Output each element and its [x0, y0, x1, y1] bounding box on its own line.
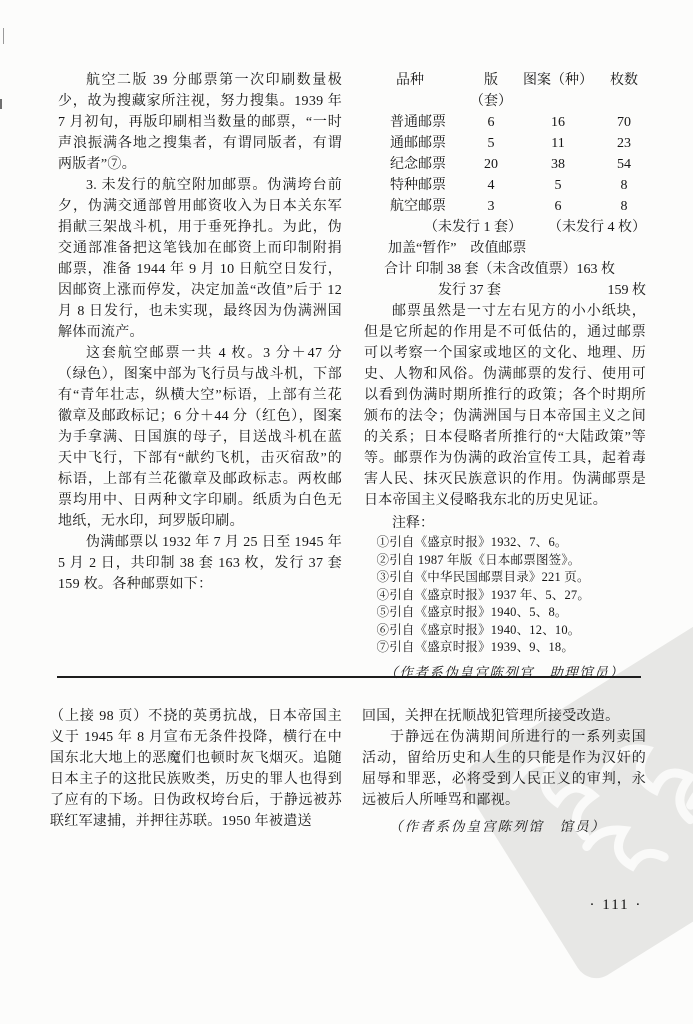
footnote-7: ⑦引自《盛京时报》1939、9、18。 — [364, 639, 646, 657]
unissued-pieces-note: （未发行 4 枚） — [548, 217, 646, 238]
table-row: 航空邮票 3 6 8 — [364, 196, 646, 217]
cell-sets: 5 — [468, 133, 514, 154]
table-total-printed-row: 合计 印制 38 套（未含改值票）163 枚 — [364, 259, 646, 280]
cell-pieces: 23 — [602, 133, 646, 154]
page-number: · 111 · — [560, 897, 672, 914]
stamp-statistics-table: 品种 版（套） 图案（种） 枚数 普通邮票 6 16 70 通邮邮票 5 11 … — [364, 70, 646, 301]
footnote-2: ②引自 1987 年版《日本邮票图签》。 — [364, 552, 646, 570]
table-overprint-row: 加盖“暂作” 改值邮票 — [364, 238, 646, 259]
cell-kind: 纪念邮票 — [364, 154, 468, 175]
footnote-4: ④引自《盛京时报》1937 年、5、27。 — [364, 587, 646, 605]
table-header-row: 品种 版（套） 图案（种） 枚数 — [364, 70, 646, 112]
top-right-column: 品种 版（套） 图案（种） 枚数 普通邮票 6 16 70 通邮邮票 5 11 … — [364, 70, 646, 683]
bottom-left-column: （上接 98 页）不挠的英勇抗战，日本帝国主义于 1945 年 8 月宣布无条件… — [50, 706, 342, 832]
notes-title: 注释： — [364, 513, 646, 534]
paragraph-continued-from-page-98: （上接 98 页）不挠的英勇抗战，日本帝国主义于 1945 年 8 月宣布无条件… — [50, 706, 342, 832]
footnote-6: ⑥引自《盛京时报》1940、12、10。 — [364, 622, 646, 640]
cell-kind: 通邮邮票 — [364, 133, 468, 154]
paragraph-airmail-set-description: 这套航空邮票一共 4 枚。3 分＋47 分（绿色），图案中部为飞行员与战斗机，下… — [58, 343, 342, 532]
cell-designs: 11 — [514, 133, 602, 154]
cell-sets: 6 — [468, 112, 514, 133]
paragraph-historical-verdict: 于静远在伪满期间所进行的一系列卖国活动，留给历史和人生的只能是作为汉奸的屈辱和罪… — [362, 727, 646, 811]
footnote-3: ③引自《中华民国邮票目录》221 页。 — [364, 569, 646, 587]
table-row: 特种邮票 4 5 8 — [364, 175, 646, 196]
cell-designs: 16 — [514, 112, 602, 133]
second-article-author-line: （作者系伪皇宫陈列馆 馆员） — [362, 817, 646, 837]
total-issued-label: 发行 37 套 — [438, 280, 501, 301]
total-issued-value: 159 枚 — [608, 280, 647, 301]
header-sets: 版（套） — [468, 70, 514, 112]
cell-kind: 航空邮票 — [364, 196, 468, 217]
footnote-5: ⑤引自《盛京时报》1940、5、8。 — [364, 604, 646, 622]
cell-pieces: 8 — [602, 196, 646, 217]
table-row: 通邮邮票 5 11 23 — [364, 133, 646, 154]
article-author-line: （作者系伪皇宫陈列官 助理馆员） — [364, 663, 646, 683]
paragraph-stamp-significance: 邮票虽然是一寸左右见方的小小纸块，但是它所起的作用是不可低估的，通过邮票可以考察… — [364, 301, 646, 511]
table-row: 普通邮票 6 16 70 — [364, 112, 646, 133]
cell-sets: 4 — [468, 175, 514, 196]
footnote-1: ①引自《盛京时报》1932、7、6。 — [364, 534, 646, 552]
cell-sets: 3 — [468, 196, 514, 217]
unissued-sets-note: （未发行 1 套） — [424, 217, 522, 238]
scan-artifact-mark — [0, 99, 2, 109]
paragraph-airmail-second-printing: 航空二版 39 分邮票第一次印刷数量极少，故为搜藏家所注视，努力搜集。1939 … — [58, 70, 342, 175]
top-left-column: 航空二版 39 分邮票第一次印刷数量极少，故为搜藏家所注视，努力搜集。1939 … — [58, 70, 342, 595]
table-unissued-note-row: （未发行 1 套） （未发行 4 枚） — [364, 217, 646, 238]
cell-pieces: 70 — [602, 112, 646, 133]
cell-kind: 特种邮票 — [364, 175, 468, 196]
table-row: 纪念邮票 20 38 54 — [364, 154, 646, 175]
scan-artifact-line — [3, 28, 4, 44]
section-divider-rule — [57, 676, 641, 678]
paragraph-repatriation: 回国，关押在抚顺战犯管理所接受改造。 — [362, 706, 646, 727]
paragraph-stamp-totals-intro: 伪满邮票以 1932 年 7 月 25 日至 1945 年 5 月 2 日，共印… — [58, 532, 342, 595]
cell-designs: 38 — [514, 154, 602, 175]
header-kind: 品种 — [364, 70, 468, 112]
cell-designs: 6 — [514, 196, 602, 217]
header-designs: 图案（种） — [514, 70, 602, 112]
cell-pieces: 8 — [602, 175, 646, 196]
cell-designs: 5 — [514, 175, 602, 196]
cell-sets: 20 — [468, 154, 514, 175]
cell-pieces: 54 — [602, 154, 646, 175]
paragraph-unissued-airmail-surcharge: 3. 未发行的航空附加邮票。伪满垮台前夕，伪满交通部曾用邮资收入为日本关东军捐献… — [58, 175, 342, 343]
header-pieces: 枚数 — [602, 70, 646, 112]
scanned-document-page: PDG 航空二版 39 分邮票第一次印刷数量极少，故为搜藏家所注视，努力搜集。1… — [0, 0, 693, 1024]
cell-kind: 普通邮票 — [364, 112, 468, 133]
table-total-issued-row: 发行 37 套 159 枚 — [364, 280, 646, 301]
bottom-right-column: 回国，关押在抚顺战犯管理所接受改造。 于静远在伪满期间所进行的一系列卖国活动，留… — [362, 706, 646, 837]
